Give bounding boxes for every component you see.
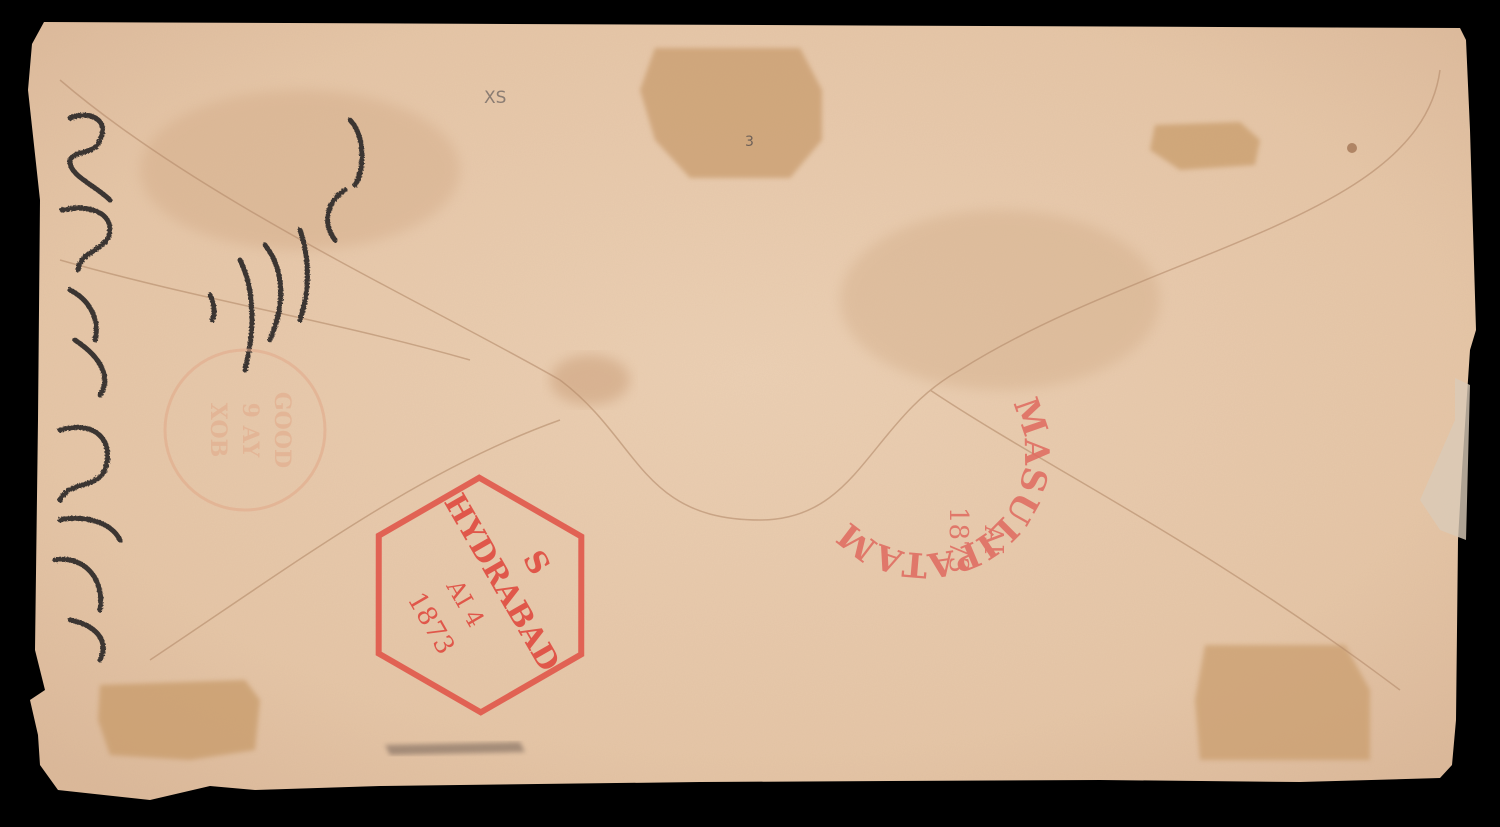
pencil-note-3: 3 (745, 134, 754, 150)
envelope-photo: GOOD 9 AY XOB S HYDRABAD AI 4 1873 MASUL… (0, 0, 1500, 827)
svg-text:9 AY: 9 AY (237, 403, 263, 458)
svg-text:AI: AI (978, 524, 1008, 554)
svg-text:1873: 1873 (943, 507, 973, 573)
pencil-note-xs: XS (484, 88, 506, 108)
svg-text:GOOD: GOOD (269, 392, 295, 468)
svg-text:XOB: XOB (205, 403, 231, 457)
